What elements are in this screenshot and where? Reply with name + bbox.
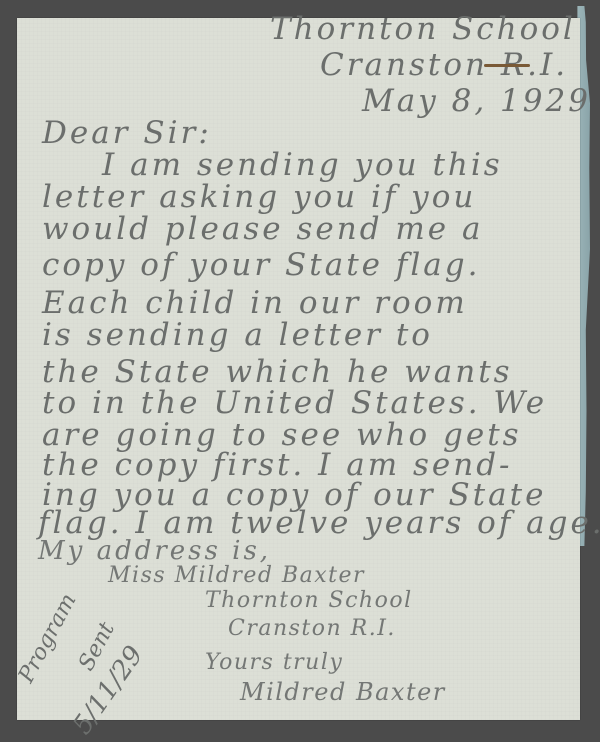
- body-line-8: to in the United States. We: [42, 388, 547, 419]
- strikethrough-mark: [484, 64, 530, 67]
- heading-city: Cranston R.I.: [320, 50, 568, 81]
- salutation: Dear Sir:: [42, 118, 212, 149]
- signature: Mildred Baxter: [240, 680, 446, 704]
- body-line-5: Each child in our room: [42, 288, 468, 319]
- heading-school: Thornton School: [270, 14, 576, 45]
- body-line-12: flag. I am twelve years of age.: [38, 508, 600, 539]
- address-name: Miss Mildred Baxter: [108, 565, 365, 587]
- closing: Yours truly: [205, 652, 343, 674]
- body-line-13: My address is,: [38, 538, 271, 564]
- address-city: Cranston R.I.: [228, 618, 396, 640]
- body-line-6: is sending a letter to: [42, 320, 433, 351]
- body-line-3: would please send me a: [42, 214, 483, 245]
- body-line-4: copy of your State flag.: [42, 250, 480, 281]
- address-school: Thornton School: [205, 590, 413, 612]
- heading-date: May 8, 1929: [362, 86, 591, 117]
- body-line-1: I am sending you this: [102, 150, 503, 181]
- body-line-2: letter asking you if you: [42, 182, 476, 213]
- body-line-7: the State which he wants: [42, 357, 513, 388]
